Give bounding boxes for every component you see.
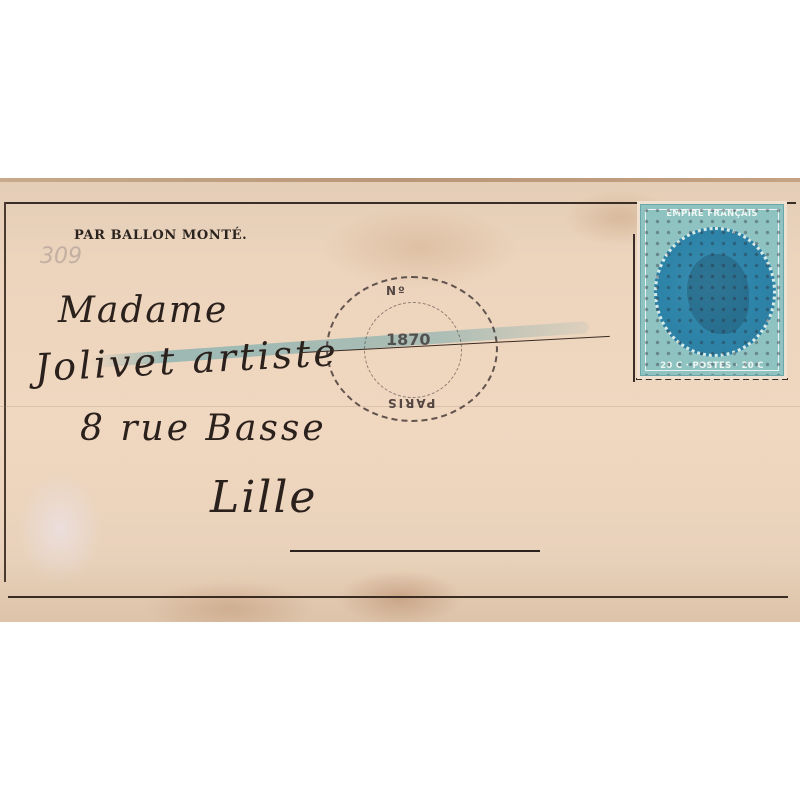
envelope-top-edge — [0, 178, 800, 182]
address-line-3: 8 rue Basse — [80, 408, 327, 449]
address-line-1: Madame — [58, 290, 228, 331]
postage-stamp: EMPIRE FRANÇAIS 20 C · POSTES · 20 C — [640, 204, 784, 376]
frame-line-left — [4, 202, 6, 582]
dotted-cancel — [641, 205, 783, 375]
envelope: PAR BALLON MONTÉ. 309 Nº 1870 PARIS Mada… — [0, 178, 800, 622]
pencil-note: 309 — [40, 244, 82, 269]
postmark-top-text: Nº — [386, 284, 407, 298]
city-underline — [290, 550, 540, 552]
postmark-city: PARIS — [386, 396, 435, 410]
frame-line-bottom — [8, 596, 788, 598]
stamp-box-line-left — [633, 234, 635, 382]
printed-header: PAR BALLON MONTÉ. — [74, 228, 247, 243]
address-line-2: Jolivet artiste — [34, 330, 340, 390]
postmark-inner-ring — [364, 302, 462, 398]
address-line-4: Lille — [210, 472, 317, 523]
stamp-box-line-bottom — [636, 378, 788, 381]
